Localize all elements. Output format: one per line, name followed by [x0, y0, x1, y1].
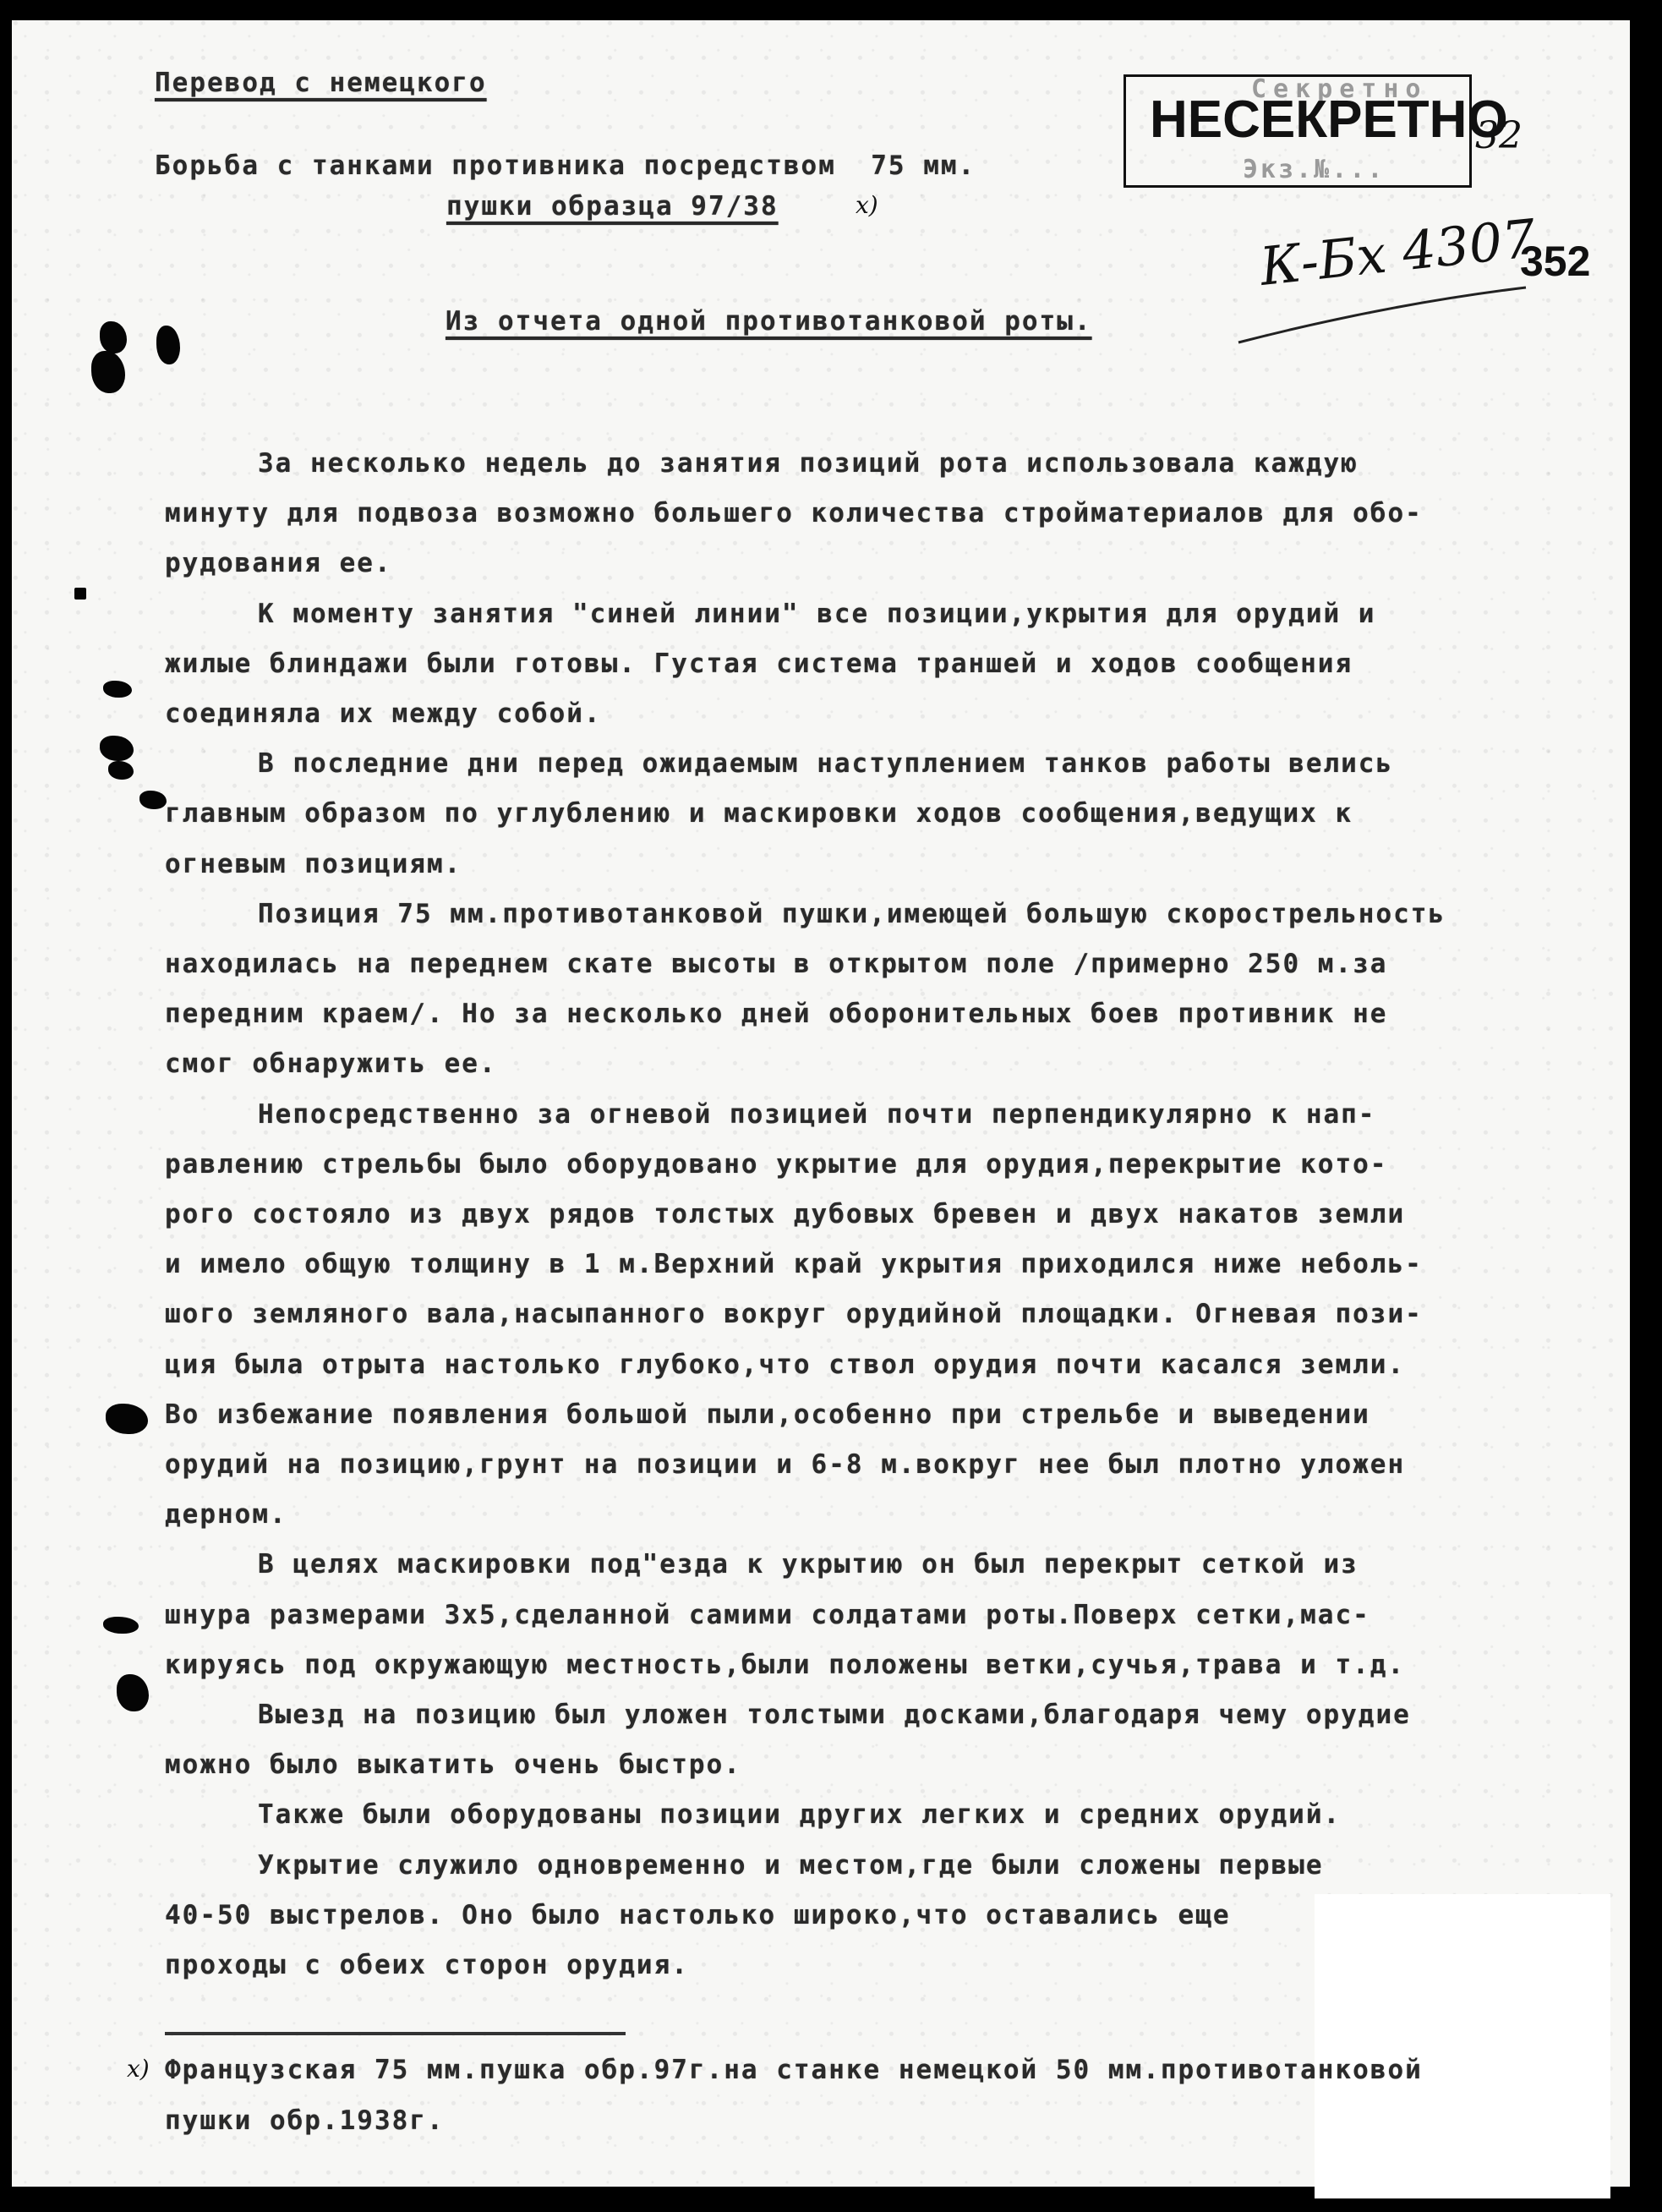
- punch-hole-mark: [108, 761, 134, 780]
- body-line: огневым позициям.: [165, 849, 462, 879]
- body-line: К моменту занятия "синей линии" все пози…: [258, 599, 1375, 629]
- body-line: Также были оборудованы позиции других ле…: [258, 1799, 1341, 1830]
- stamp-label: НЕСЕКРЕТНО: [1150, 94, 1508, 146]
- title-footnote-mark: х): [856, 191, 878, 219]
- body-line: Непосредственно за огневой позицией почт…: [258, 1099, 1375, 1130]
- body-line: минуту для подвоза возможно большего кол…: [165, 498, 1423, 528]
- body-line: дерном.: [165, 1499, 287, 1530]
- footnote-mark: х): [127, 2055, 150, 2083]
- handwritten-mark: 32: [1475, 114, 1523, 157]
- body-line: передним краем/. Но за несколько дней об…: [165, 999, 1387, 1029]
- body-line: 40-50 выстрелов. Оно было настолько широ…: [165, 1900, 1230, 1930]
- body-line: За несколько недель до занятия позиций р…: [258, 448, 1359, 479]
- body-line: смог обнаружить ее.: [165, 1049, 497, 1079]
- body-line: рудования ее.: [165, 548, 392, 578]
- body-line: ция была отрыта настолько глубоко,что ст…: [165, 1350, 1405, 1380]
- body-line: Выезд на позицию был уложен толстыми дос…: [258, 1700, 1411, 1730]
- body-line: В последние дни перед ожидаемым наступле…: [258, 748, 1393, 779]
- handwritten-stroke: [1234, 279, 1539, 347]
- body-line: жилые блиндажи были готовы. Густая систе…: [165, 649, 1353, 679]
- title-line-1: Борьба с танками противника посредством …: [155, 151, 976, 181]
- body-line: Позиция 75 мм.противотанковой пушки,имею…: [258, 899, 1446, 929]
- body-line: рого состояло из двух рядов толстых дубо…: [165, 1199, 1405, 1229]
- scan-border: [1630, 0, 1662, 2212]
- paper-overexposed-area: [1315, 1894, 1610, 2198]
- body-line: можно было выкатить очень быстро.: [165, 1749, 741, 1780]
- body-line: главным образом по углублению и маскиров…: [165, 798, 1353, 829]
- title-line-2: пушки образца 97/38: [446, 191, 779, 222]
- punch-hole-mark: [103, 1617, 139, 1634]
- body-line: находилась на переднем скате высоты в от…: [165, 949, 1387, 979]
- punch-hole-mark: [139, 791, 167, 809]
- body-line: кируясь под окружающую местность,были по…: [165, 1650, 1405, 1680]
- translation-note: Перевод с немецкого: [155, 68, 487, 98]
- body-line: Во избежание появления большой пыли,особ…: [165, 1399, 1370, 1430]
- body-line: шого земляного вала,насыпанного вокруг о…: [165, 1299, 1423, 1329]
- body-line: и имело общую толщину в 1 м.Верхний край…: [165, 1249, 1423, 1279]
- body-line: соединяла их между собой.: [165, 698, 602, 729]
- footnote-line-1-text: Французская 75 мм.пушка обр.97г.на станк…: [165, 2055, 1423, 2085]
- footnote-line-1: Французская 75 мм.пушка обр.97г.на станк…: [165, 2055, 1423, 2085]
- body-line: Укрытие служило одновременно и местом,гд…: [258, 1850, 1323, 1881]
- punch-hole-mark: [74, 588, 86, 600]
- declassification-stamp: НЕСЕКРЕТНО: [1123, 74, 1472, 188]
- body-line: шнура размерами 3х5,сделанной самими сол…: [165, 1600, 1370, 1630]
- punch-hole-mark: [103, 681, 132, 698]
- body-line: проходы с обеих сторон орудия.: [165, 1950, 689, 1980]
- footnote-divider: [165, 2032, 626, 2035]
- body-line: орудий на позицию,грунт на позиции и 6-8…: [165, 1449, 1405, 1480]
- subtitle: Из отчета одной противотанковой роты.: [446, 306, 1092, 337]
- body-line: равлению стрельбы было оборудовано укрыт…: [165, 1149, 1387, 1180]
- body-line: В целях маскировки под"езда к укрытию он…: [258, 1549, 1359, 1580]
- footnote-line-2: пушки обр.1938г.: [165, 2105, 445, 2136]
